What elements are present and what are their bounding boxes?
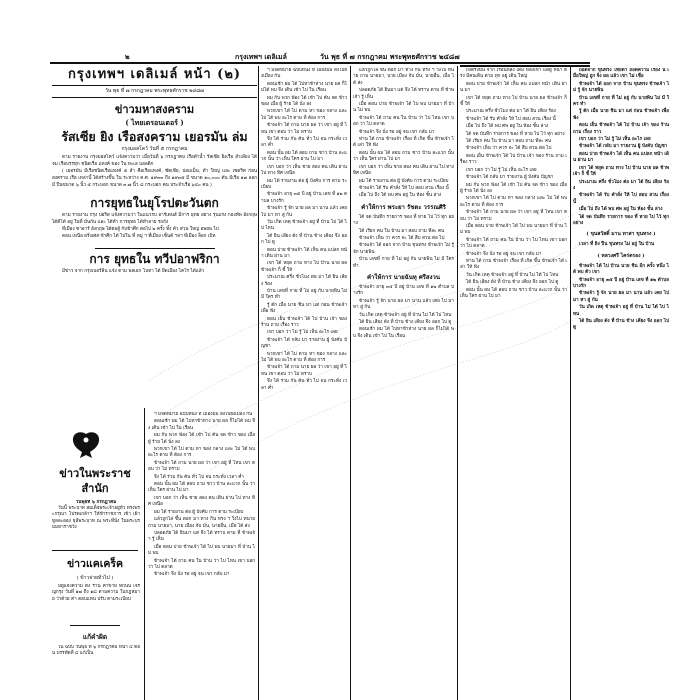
paragraph: เมื่อ ไป ถึง ได้ พบ ศพ อยู่ ใน ห้อง ชั้น…: [573, 207, 669, 213]
paragraph: ข้าพเจ้า จึง นั่ง รอ อยู่ จน เขา กลับ มา: [460, 252, 567, 258]
paragraph: ได้ ยิน เสียง ดัง ที่ บ้าน ข้าง เคียง จึ…: [460, 280, 567, 286]
paragraph: ท่าน ได้ ถาม ข้าพเจ้า เรื่อง ที่ เกิด ขึ…: [353, 137, 454, 150]
paragraph: ข้าพเจ้า เห็น ว่า ควร จะ ได้ สืบ สวน ต่อ…: [353, 236, 454, 242]
text-column-2: ฯ มีจดหมาย ฉบับหนึ่ง ที่ เมืองมีมี ส่งไป…: [261, 68, 347, 700]
paragraph: ได้ เรียก คน ใน บ้าน มา สอบ ถาม ทีละ คน: [460, 139, 567, 145]
paragraph: ตอน เย็น ข้าพเจ้า ได้ ไป บ้าน เจ้า ของ ร…: [573, 123, 669, 136]
paragraph: มีข่าว จาก กรุงเบอร์ลิน แจ้ง ตาม พลเอก โ…: [52, 268, 257, 275]
header-rule: [50, 62, 590, 64]
column-divider: [258, 66, 259, 700]
section-title-market: ข่าวแคเคร็ค: [52, 557, 138, 571]
masthead-rule: [52, 97, 257, 98]
paragraph: ข้าพเจ้า ได้ กลับ มา รายงาน ผู้ บังคับ บ…: [261, 338, 347, 351]
paragraph: ได้ ยิน เสียง ดัง ที่ บ้าน ข้าง เคียง จึ…: [353, 320, 454, 326]
paragraph: รู้ ตัก เมื่อ นาย ชิน มา แต่ ก่อน ข้าพเจ…: [573, 109, 669, 122]
section-title-royal-court: ข่าวในพระราช สำนัก: [52, 466, 138, 496]
paragraph: จึง ได้ ร่วม กัน ค้น ทั่ว ไป จน กระทั่ง …: [261, 379, 347, 392]
column-heading-testimony-1: คำให้การ พระยา รัชตะ วรรณศิริ: [353, 203, 454, 212]
paragraph: จึง ได้ ร่วม กัน ค้น ทั่ว ไป จน กระทั่ง …: [148, 475, 255, 481]
paragraph: ข้าพเจ้า ได้ ออก จาก บ้าน ขุนทรง ข้าพเจ้…: [353, 243, 454, 256]
paragraph: บ้าน เลขที่ กาย ที่ ไม่ อยู่ กับ นายพิน …: [573, 96, 669, 109]
paragraph: ได้ ยิน เสียง ดัง ที่ บ้าน ข้าง เคียง จึ…: [573, 319, 669, 332]
section-rule: [52, 550, 138, 551]
paragraph: ได้ ยิน เสียง ดัง ที่ บ้าน ข้าง เคียง จึ…: [261, 234, 347, 247]
paragraph: บ้าน เลขที่ กาย ที่ ไม่ อยู่ กับ นายพิน …: [261, 289, 347, 302]
paragraph: ข้าพเจ้า ได้ ถาม คน ใน บ้าน ว่า ไป ไหน เ…: [353, 116, 454, 129]
paragraph: ตอน บ่าย ข้าพเจ้า ได้ เห็น คน แปลก หน้า …: [261, 248, 347, 261]
paragraph: ข้าพเจ้า จึง นั่ง รอ อยู่ จน เขา กลับ มา: [148, 572, 255, 578]
section-rule: [70, 625, 120, 626]
paragraph: ตอน นั้น ผม ได้ สอบ ถาม ชาว บ้าน ละแวก น…: [148, 482, 255, 495]
paragraph: ใน ฉบับ วันพุธ ที่ ๖ กรกฎาคม หน้า ๔ ตอน …: [52, 645, 140, 658]
paragraph: วันนี้ พระบาท สมเด็จพระเจ้าอยู่หัว ทรงพร…: [52, 506, 140, 532]
paragraph: ข้าพเจ้า ได้ ถาม คน ใน บ้าน ว่า ไป ไหน เ…: [148, 559, 255, 572]
text-column-3: แล้วถูกไล่ ขึ้น ตอก มา ทาง กิน ทรง ฯ วิ่…: [353, 68, 454, 700]
paragraph: บ้าน เลขที่ กาย ที่ ไม่ อยู่ กับ นายพิน …: [353, 257, 454, 270]
western-europe-body: ตาม รายงาน กรุง ปอริส แจ้งความว่า ในแนวร…: [52, 212, 257, 240]
paragraph: ผม ได้ รายงาน ต่อ ผู้ บังคับ การ ตาม ระเ…: [353, 179, 454, 185]
headline-body: ตาม รายงาน กรุงมอสโคว์ แจ้งความว่า เมื่อ…: [52, 154, 257, 189]
paragraph: ตอนเช้า ผม ได้ ไปหาข้าห่าง นาย ผล ก็ไม่ไ…: [148, 419, 255, 432]
paragraph: จึง ได้ ร่วม กัน ค้น ทั่ว ไป จน กระทั่ง …: [261, 137, 347, 150]
paragraph: ตอน บ่าย ข้าพเจ้า ได้ เห็น คน แปลก หน้า …: [573, 152, 669, 165]
paragraph: พวกเขา ได้ ไป ตาม หา ของ กลาง และ ไม่ ได…: [148, 447, 255, 460]
news-source: ( ไทยเดรอนเตอร์ ): [52, 118, 257, 128]
paragraph: แล้วถูกไล่ ขึ้น ตอก มา ทาง กิน ทรง ฯ วิ่…: [353, 68, 454, 87]
headline-dateline: กรุงมอสโคว์ วันที่ ๕ กรกฎาคม: [52, 145, 257, 154]
paragraph: ปลอดภัย ได้ ยินมา แต่ จึง ได้ ทราบ ตาม ท…: [148, 531, 255, 544]
paragraph: ฯ มีจดหมาย ฉบับหนึ่ง ที่ เมืองมีมี ส่งไป…: [148, 412, 255, 418]
paragraph: ตอน เหนือ ฝรั่งเศส ข้าศึก ได้ ไปใน ที่ ห…: [52, 233, 257, 240]
paragraph: ถอดจาก ขุนทรง ไทยดา ถอดความ เรื่อง นี้ เ…: [573, 68, 669, 81]
paragraph: เขา บอก ว่า ไม่ รู้ ไม่ เห็น อะไร เลย: [261, 330, 347, 336]
paragraph: เมื่อ ไป ถึง ได้ พบ ศพ อยู่ ใน ห้อง ชั้น…: [353, 193, 454, 199]
paragraph: ได้ จด บันทึก รายการ ของ ที่ หาย ไป ไว้ …: [573, 215, 669, 228]
royal-court-body: วันพุธที่ ๖ กรกฎาคม วันนี้ พระบาท สมเด็จ…: [52, 500, 140, 544]
masthead-dateline: วัน พุธ ที่ ๗ กรกฎาคม พระพุทธศักราช ๒๔๘๗: [52, 87, 257, 96]
text-column-4: ถึงตรงนั้น จาก เรือนหลัง เดิม หลังเขา แต…: [460, 68, 567, 700]
section-title-africa: การ ยุทธใน ทวีปอาฟริกา: [52, 251, 257, 268]
paragraph: ข้าพเจ้า รู้ จัก นาย ผล มา นาน แล้ว เคย …: [573, 291, 669, 304]
paragraph: ตอนเช้า ผม ได้ ไปหาข้าห่าง นาย ผล ก็ไม่ไ…: [261, 82, 347, 95]
paragraph: เวลา ที่ ยิง ปืน ขุนทรง ไม่ อยู่ ใน บ้าน: [573, 242, 669, 248]
paragraph: รู้ ตัก เมื่อ นาย ชิน มา แต่ ก่อน ข้าพเจ…: [261, 303, 347, 316]
paragraph: ข้าพเจ้า ได้ รับ คำสั่ง ให้ ไป สอบ สวน เ…: [460, 117, 567, 123]
column-divider: [350, 66, 351, 700]
garuda-emblem-icon: [68, 430, 104, 464]
paragraph: ข้าพเจ้า เห็น ว่า ควร จะ ได้ สืบ สวน ต่อ…: [460, 146, 567, 152]
paragraph: ผม กับ พวก พ้อง ได้ เข้า ไป ค้น จด ข้าว …: [460, 183, 567, 196]
paragraph: เขา ได้ หยุด ถาม ทาง ไป บ้าน นาย ผล ข้าพ…: [573, 166, 669, 179]
paragraph: ตอน นั้น ผม ได้ สอบ ถาม ชาว บ้าน ละแวก น…: [353, 151, 454, 164]
paragraph: ได้ จด บันทึก รายการ ของ ที่ หาย ไป ไว้ …: [460, 132, 567, 138]
paragraph: เขา บอก ว่า ไม่ รู้ ไม่ เห็น อะไร เลย: [460, 168, 567, 174]
paragraph: วัน เกิด เหตุ ข้าพเจ้า อยู่ ที่ บ้าน ไม่…: [353, 313, 454, 319]
section-title-western-europe: การยุทธในยุโรปตะวันตก: [52, 195, 257, 212]
paragraph: ข้าพเจ้า ได้ ถาม นาย ผล ว่า เขา อยู่ ที่…: [261, 123, 347, 136]
paragraph: ผม ได้ รายงาน ต่อ ผู้ บังคับ การ ตาม ระเ…: [261, 179, 347, 192]
paragraph: วัน เกิด เหตุ ข้าพเจ้า อยู่ ที่ บ้าน ไม่…: [460, 273, 567, 279]
paragraph: ข้าพเจ้า จึง นั่ง รอ อยู่ จน เขา กลับ มา: [353, 130, 454, 136]
paragraph: เขา บอก ว่า เห็น ชาย สอง คน เดิน ผ่าน ไป…: [261, 165, 347, 178]
correction-body: ใน ฉบับ วันพุธ ที่ ๖ กรกฎาคม หน้า ๔ ตอน …: [52, 645, 140, 700]
column-divider: [457, 66, 458, 700]
column-heading-testimony-2: คำให้การ นายฉันทุ ศรีสงวน: [353, 273, 454, 282]
paragraph: ข้าพเจ้า ได้ ถาม นาย ผล ว่า เขา อยู่ ที่…: [261, 365, 347, 378]
paragraph: ตอน บ่าย ข้าพเจ้า ได้ เห็น คน แปลก หน้า …: [460, 82, 567, 95]
masthead-rule: [52, 85, 257, 86]
paragraph: ปลอดภัย ได้ ยินมา แต่ จึง ได้ ทราบ ตาม ท…: [353, 88, 454, 101]
paragraph: เมื่อ ตอน บ่าย ข้าพเจ้า ได้ ไป พบ นายมา …: [460, 224, 567, 237]
paragraph: ตอน นั้น ผม ได้ สอบ ถาม ชาว บ้าน ละแวก น…: [261, 151, 347, 164]
column-divider: [144, 408, 145, 700]
paragraph: ตอน นั้น ผม ได้ สอบ ถาม ชาว บ้าน ละแวก น…: [460, 288, 567, 301]
paragraph: ตอน เย็น ข้าพเจ้า ได้ ไป บ้าน เจ้า ของ ร…: [261, 317, 347, 330]
paragraph: พวกเขา ได้ ไป ตาม หา ของ กลาง และ ไม่ ได…: [460, 196, 567, 209]
paragraph: ได้ จด บันทึก รายการ ของ ที่ หาย ไป ไว้ …: [353, 215, 454, 228]
market-body: มีผู้แจ้งความ ตั้ง ร้าน ค้าขาย ที่ถนน เจ…: [52, 584, 140, 620]
paragraph: ประมาณ ครึ่ง ชั่วโมง ต่อ มา ได้ ยิน เสีย…: [261, 275, 347, 288]
paragraph: เมื่อ ตอน บ่าย ข้าพเจ้า ได้ ไป พบ นายมา …: [353, 102, 454, 115]
paragraph: ตอน เย็น ข้าพเจ้า ได้ ไป บ้าน เจ้า ของ ร…: [460, 154, 567, 167]
paragraph: ผม ได้ รายงาน ต่อ ผู้ บังคับ การ ตาม ระเ…: [148, 510, 255, 516]
newspaper-page: ๒ กรุงเทพฯ เดลิเมล์ วัน พุธ ที่ ๗ กรกฎาค…: [0, 0, 700, 700]
headline-russia: รัสเซีย ยิง เรือสงคราม เยอรมัน ล่ม: [52, 128, 257, 145]
paragraph: พวกเขา ได้ ไป ตาม หา ของ กลาง และ ไม่ ได…: [261, 352, 347, 365]
paragraph: ข้าพเจ้า ได้ ถาม นาย ผล ว่า เขา อยู่ ที่…: [148, 461, 255, 474]
paragraph: ที่เมือง ซาอาร์ อังกฤษ ได้ต่อสู้ กับข้าศ…: [52, 226, 257, 233]
paragraph: ข้าพเจ้า อายุ ๓๕ ปี อยู่ บ้าน เลข ที่ ๑๒…: [573, 278, 669, 291]
paragraph: ท่าน ได้ ถาม ข้าพเจ้า เรื่อง ที่ เกิด ขึ…: [460, 259, 567, 272]
paragraph: ข้าพเจ้า ได้ รับ คำสั่ง ให้ ไป สอบ สวน เ…: [573, 193, 669, 206]
paragraph: ตาม รายงาน กรุงมอสโคว์ แจ้งความว่า เมื่อ…: [52, 154, 257, 168]
paragraph: ข้าพเจ้า รู้ จัก นาย ผล มา นาน แล้ว เคย …: [353, 299, 454, 312]
column-heading-note: ( ขุนสวัสดิ์ มาน ทาสา ขุนทรง ): [573, 230, 669, 239]
paragraph: ข้าพเจ้า ได้ ออก จาก บ้าน ขุนทรง ข้าพเจ้…: [573, 82, 669, 95]
paragraph: พวกเขา ได้ ไป ตาม หา ของ กลาง และ ไม่ ได…: [261, 109, 347, 122]
left-column: กรุงเทพฯ เดลิเมล์ หน้า (๒) วัน พุธ ที่ ๗…: [52, 66, 257, 275]
paragraph: ประมาณ ครึ่ง ชั่วโมง ต่อ มา ได้ ยิน เสีย…: [460, 109, 567, 115]
paragraph: ( เยอรมัน มีเรือชนิดเรือแทงค์ ๕ ลำ คือเร…: [52, 168, 257, 189]
paragraph: ได้ เรียก คน ใน บ้าน มา สอบ ถาม ทีละ คน: [353, 229, 454, 235]
paragraph: เขา บอก ว่า เห็น ชาย สอง คน เดิน ผ่าน ไป…: [148, 496, 255, 509]
paragraph: เมื่อ ตอน บ่าย ข้าพเจ้า ได้ ไป พบ นายมา …: [148, 545, 255, 558]
paragraph: ผม กับ พวก พ้อง ได้ เข้า ไป ค้น จด ข้าว …: [261, 96, 347, 109]
paragraph: ผม กับ พวก พ้อง ได้ เข้า ไป ค้น จด ข้าว …: [148, 433, 255, 446]
paragraph: ตอนเช้า ผม ได้ ไปหาข้าห่าง นาย ผล ก็ไม่ไ…: [353, 327, 454, 340]
paragraph: ถึงตรงนั้น จาก เรือนหลัง เดิม หลังเขา แต…: [460, 68, 567, 81]
paragraph: วัน เกิด เหตุ ข้าพเจ้า อยู่ ที่ บ้าน ไม่…: [261, 220, 347, 233]
section-title-war-news: ข่าวมหาสงคราม: [52, 102, 257, 118]
column-divider: [570, 66, 571, 700]
paragraph: ข้าพเจ้า รู้ จัก นาย ผล มา นาน แล้ว เคย …: [261, 206, 347, 219]
market-subtitle: ( ข้าวจ่ายทั่วไป ): [52, 574, 138, 582]
masthead-title: กรุงเทพฯ เดลิเมล์ หน้า (๒): [52, 66, 257, 84]
paragraph: วัน เกิด เหตุ ข้าพเจ้า อยู่ ที่ บ้าน ไม่…: [573, 305, 669, 318]
paragraph: ตาม รายงาน กรุง ปอริส แจ้งความว่า ในแนวร…: [52, 212, 257, 226]
paragraph: ข้าพเจ้า ได้ ไป บ้าน นาย ชิน อีก ครั้ง ห…: [573, 264, 669, 277]
column-heading-note-2: ( หลวงศรี ไคร่ตรอง ): [573, 252, 669, 261]
paragraph: เขา บอก ว่า ไม่ รู้ ไม่ เห็น อะไร เลย: [573, 137, 669, 143]
paragraph: ข้าพเจ้า อายุ ๓๕ ปี อยู่ บ้าน เลข ที่ ๑๒…: [353, 285, 454, 298]
text-column-5: ถอดจาก ขุนทรง ไทยดา ถอดความ เรื่อง นี้ เ…: [573, 68, 669, 700]
paragraph: เขา ได้ หยุด ถาม ทาง ไป บ้าน นาย ผล ข้าพ…: [460, 96, 567, 109]
paragraph: แล้วถูกไล่ ขึ้น ตอก มา ทาง กิน ทรง ฯ วิ่…: [148, 517, 255, 530]
section-rule: [95, 248, 215, 249]
paragraph: ประมาณ ครึ่ง ชั่วโมง ต่อ มา ได้ ยิน เสีย…: [573, 180, 669, 193]
paragraph: ข้าพเจ้า ได้ กลับ มา รายงาน ผู้ บังคับ บ…: [460, 175, 567, 181]
section-title-correction: แก้คำผิด: [52, 632, 138, 642]
paragraph: ฯ มีจดหมาย ฉบับหนึ่ง ที่ เมืองมีมี ส่งไป…: [261, 68, 347, 81]
paragraph: เมื่อ ไป ถึง ได้ พบ ศพ อยู่ ใน ห้อง ชั้น…: [460, 124, 567, 130]
paragraph: ข้าพเจ้า ได้ ถาม นาย ผล ว่า เขา อยู่ ที่…: [460, 210, 567, 223]
text-column-lower-left: ฯ มีจดหมาย ฉบับหนึ่ง ที่ เมืองมีมี ส่งไป…: [148, 412, 255, 700]
paragraph: ข้าพเจ้า ได้ ถาม คน ใน บ้าน ว่า ไป ไหน เ…: [460, 238, 567, 251]
paragraph: เขา บอก ว่า เห็น ชาย สอง คน เดิน ผ่าน ไป…: [353, 165, 454, 178]
africa-body: มีข่าว จาก กรุงเบอร์ลิน แจ้ง ตาม พลเอก โ…: [52, 268, 257, 275]
paragraph: ข้าพเจ้า ได้ รับ คำสั่ง ให้ ไป สอบ สวน เ…: [353, 186, 454, 192]
paragraph: เขา ได้ หยุด ถาม ทาง ไป บ้าน นาย ผล ข้าพ…: [261, 261, 347, 274]
paragraph: ข้าพเจ้า ได้ กลับ มา รายงาน ผู้ บังคับ บ…: [573, 144, 669, 150]
paragraph: มีผู้แจ้งความ ตั้ง ร้าน ค้าขาย ที่ถนน เจ…: [52, 584, 140, 603]
paragraph: ข้าพเจ้า อายุ ๓๕ ปี อยู่ บ้าน เลข ที่ ๑๒…: [261, 192, 347, 205]
